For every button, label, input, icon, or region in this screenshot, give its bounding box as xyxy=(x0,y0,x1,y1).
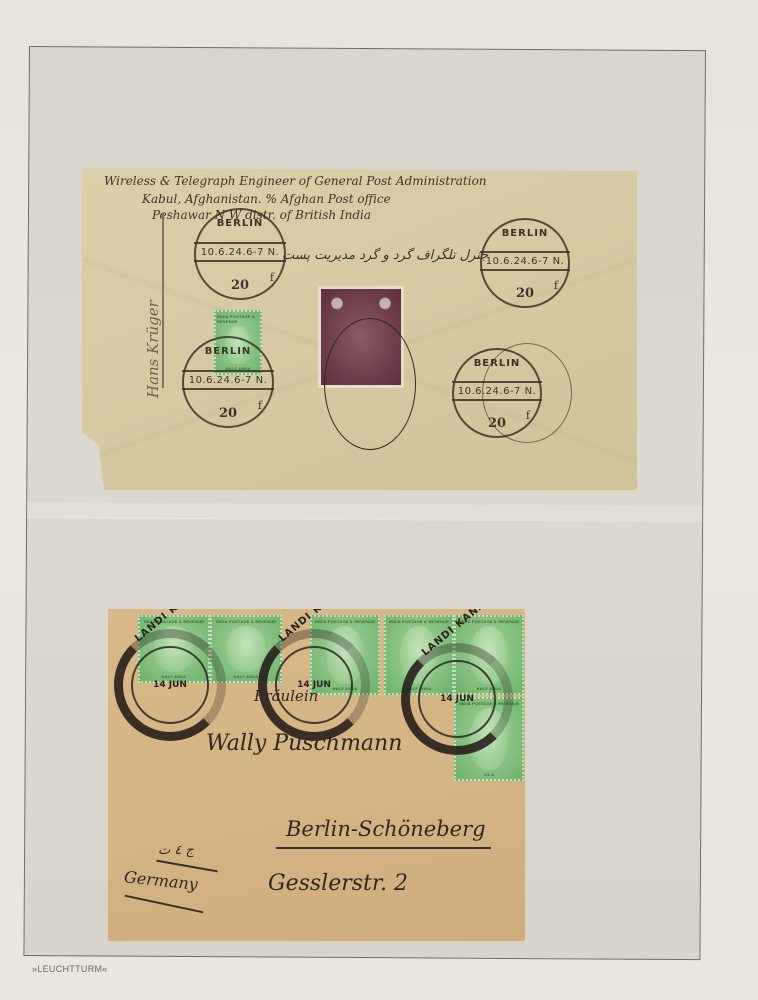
stamp-top-text: INDIA POSTAGE & REVENUE xyxy=(217,314,259,324)
leuchtturm-brand-label: »LEUCHTTURM« xyxy=(32,964,108,974)
stamp-top-text: INDIA POSTAGE & REVENUE xyxy=(216,619,276,624)
postmark-date: 10.6.24.6-7 N. xyxy=(201,247,280,258)
sender-line-1: Wireless & Telegraph Engineer of General… xyxy=(104,174,487,188)
ghost-postmark xyxy=(482,343,572,443)
berlin-postmark: BERLIN 10.6.24.6-7 N. f 20 xyxy=(194,208,286,300)
city-underline xyxy=(276,847,491,849)
postmark-inner: 14 JUN xyxy=(418,660,496,738)
postmark-date: 14 JUN xyxy=(440,694,474,704)
country-underline xyxy=(125,895,204,913)
sender-line-2: Kabul, Afghanistan. % Afghan Post office xyxy=(142,192,391,206)
stamp-top-text: INDIA POSTAGE & REVENUE xyxy=(389,619,449,624)
country-note: ج ٤ ت xyxy=(158,843,194,858)
postmark-city: BERLIN xyxy=(217,218,264,229)
salutation-partial: Fräulein xyxy=(254,687,318,705)
addressee-name: Wally Puschmann xyxy=(206,731,402,756)
postmark-suffix: f xyxy=(270,271,274,284)
postmark-date: 10.6.24.6-7 N. xyxy=(486,256,565,267)
landi-kana-postmark: LANDI KANA 14 JUN xyxy=(114,629,226,741)
postmark-date: 10.6.24.6-7 N. xyxy=(189,375,268,386)
oval-cancel-mark xyxy=(324,318,416,450)
king-portrait-icon xyxy=(226,626,266,672)
country-note-underline xyxy=(156,860,217,872)
landi-kana-postmark: LANDI KANA 14 JUN xyxy=(258,629,370,741)
pencil-line xyxy=(162,213,164,388)
postmark-city: BERLIN xyxy=(205,346,252,357)
postmark-inner: 14 JUN xyxy=(275,646,353,724)
postmark-date-band: 10.6.24.6-7 N. xyxy=(194,242,286,262)
pencil-name: Hans Krüger xyxy=(144,300,162,398)
postmark-inner: 14 JUN xyxy=(131,646,209,724)
berlin-postmark: BERLIN 10.6.24.6-7 N. f 20 xyxy=(480,218,570,308)
stamp-top-text: INDIA POSTAGE & REVENUE xyxy=(315,619,375,624)
pocket-divider xyxy=(27,502,702,522)
address-street: Gesslerstr. 2 xyxy=(268,871,408,896)
postmark-code: 20 xyxy=(219,406,237,421)
stamp-value: 1/2 A xyxy=(484,772,494,777)
stamp-bottom-text: HALF ANNA xyxy=(234,674,259,679)
postmark-date: 14 JUN xyxy=(153,680,187,690)
berlin-postmark: BERLIN 10.6.24.6-7 N. f 20 xyxy=(182,336,274,428)
address-country: Germany xyxy=(123,867,199,894)
postmark-city: BERLIN xyxy=(502,228,549,239)
arabic-sender-text: جنرل تلگراف گرد و گرد مدیریت پست xyxy=(282,248,488,263)
postmark-date-band: 10.6.24.6-7 N. xyxy=(480,251,570,271)
landi-kana-postmark: LANDI KANA 14 JUN xyxy=(401,643,513,755)
postmark-suffix: f xyxy=(554,279,558,292)
postmark-date-band: 10.6.24.6-7 N. xyxy=(182,370,274,390)
postmark-suffix: f xyxy=(258,399,262,412)
postmark-code: 20 xyxy=(516,286,534,301)
envelope-front-cover: INDIA POSTAGE & REVENUE HALF ANNA INDIA … xyxy=(108,609,525,941)
envelope-back-cover: Wireless & Telegraph Engineer of General… xyxy=(82,168,637,490)
address-city: Berlin-Schöneberg xyxy=(286,817,486,841)
postmark-code: 20 xyxy=(231,278,249,293)
